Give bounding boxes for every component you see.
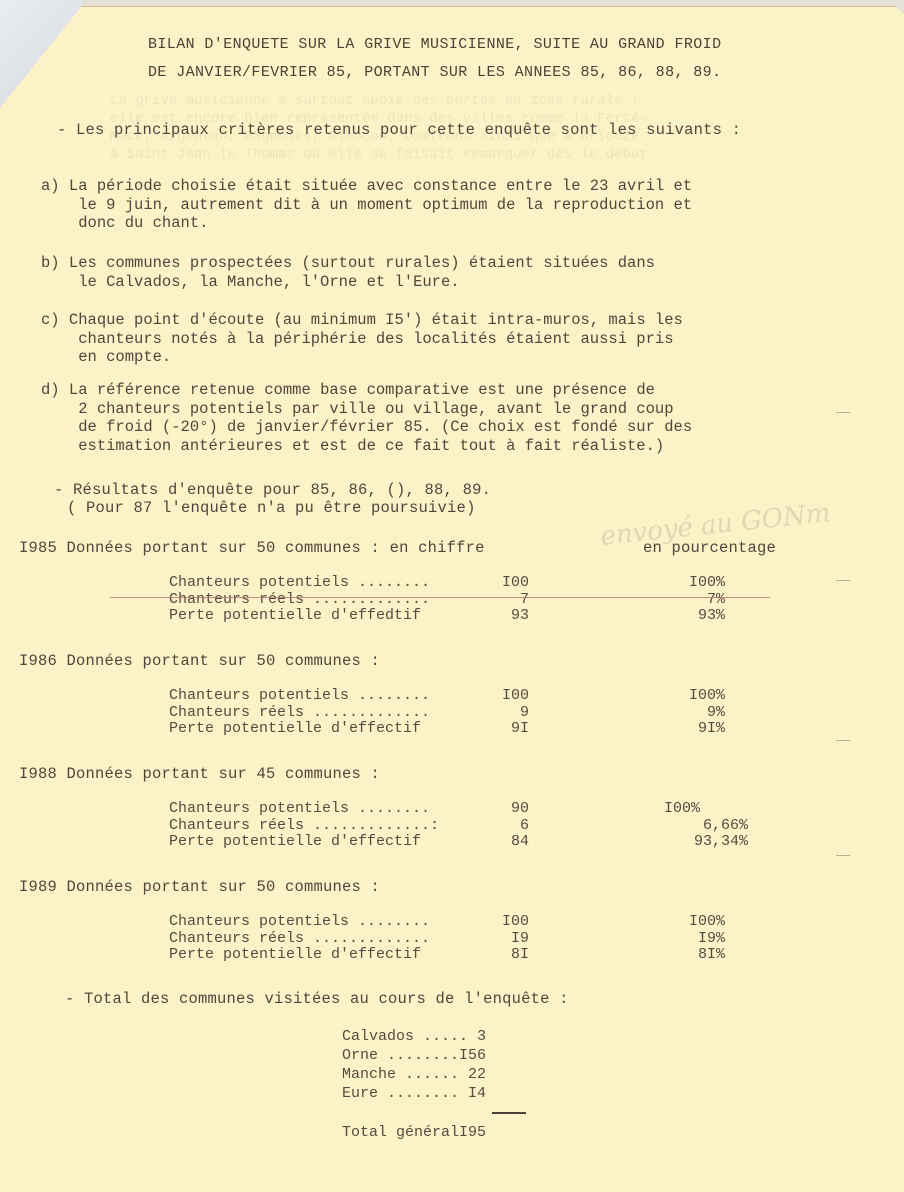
row-value: I9 — [469, 931, 529, 948]
pencil-underline — [110, 597, 770, 598]
row-label: Chanteurs potentiels ........ — [169, 914, 430, 931]
table-row: Chanteurs réels .............I9 — [169, 931, 529, 948]
totals-row: Eure ........ I4 — [342, 1084, 486, 1103]
percent-cell: 6,66% — [640, 818, 748, 835]
results-intro-line-1: - Résultats d'enquête pour 85, 86, (), 8… — [54, 481, 491, 499]
row-value: 84 — [469, 834, 529, 851]
margin-mark — [836, 580, 850, 581]
criterion-text-line: en compte. — [78, 348, 171, 366]
criterion-marker: d) — [41, 381, 60, 399]
row-value: 9I — [469, 721, 529, 738]
grand-total: Total généralI95 — [342, 1123, 486, 1142]
table-row: Chanteurs réels .............9 — [169, 705, 529, 722]
criterion-text-line: estimation antérieures et est de ce fait… — [78, 437, 664, 455]
criterion-marker: c) — [41, 311, 60, 329]
percent-cell: 8I% — [640, 947, 725, 964]
table-row: Perte potentielle d'effectif9I — [169, 721, 529, 738]
row-value: 93 — [469, 608, 529, 625]
grand-total-label: Total général — [342, 1124, 459, 1141]
criterion-text-line: donc du chant. — [78, 214, 208, 232]
percent-cell: I00% — [640, 688, 725, 705]
table-row: Perte potentielle d'effectif8I — [169, 947, 529, 964]
column-header-percentage: en pourcentage — [643, 539, 776, 557]
row-value: 9 — [469, 705, 529, 722]
table-row: Perte potentielle d'effedtif93 — [169, 608, 529, 625]
percent-cell: 93,34% — [640, 834, 748, 851]
department-label: Eure ........ — [342, 1085, 459, 1102]
department-count: 22 — [459, 1066, 486, 1083]
row-label: Perte potentielle d'effectif — [169, 947, 421, 964]
totals-row: Manche ...... 22 — [342, 1065, 486, 1084]
department-label: Manche ...... — [342, 1066, 459, 1083]
document-title-line-2: DE JANVIER/FEVRIER 85, PORTANT SUR LES A… — [148, 64, 722, 82]
table-row: Perte potentielle d'effectif84 — [169, 834, 529, 851]
year-1986-percentages: I00% 9% 9I% — [640, 688, 725, 738]
table-row: Chanteurs réels .............:6 — [169, 818, 529, 835]
criterion-text-line: le Calvados, la Manche, l'Orne et l'Eure… — [78, 273, 459, 291]
margin-mark — [836, 855, 850, 856]
percent-cell: I00% — [640, 575, 725, 592]
row-label: Chanteurs réels ............. — [169, 931, 430, 948]
table-row: Chanteurs réels .............7 — [169, 592, 529, 609]
year-1986-heading: I986 Données portant sur 50 communes : — [19, 652, 380, 670]
criterion-text-line: le 9 juin, autrement dit à un moment opt… — [78, 196, 692, 214]
document-title-line-1: BILAN D'ENQUETE SUR LA GRIVE MUSICIENNE,… — [148, 36, 722, 54]
department-label: Orne ........ — [342, 1047, 459, 1064]
year-1989-percentages: I00% I9% 8I% — [640, 914, 725, 964]
percent-cell: 9I% — [640, 721, 725, 738]
margin-mark — [836, 412, 850, 413]
table-row: Chanteurs potentiels ........I00 — [169, 688, 529, 705]
row-label: Perte potentielle d'effedtif — [169, 608, 421, 625]
criterion-marker: a) — [41, 177, 60, 195]
row-label: Perte potentielle d'effectif — [169, 721, 421, 738]
row-value: 6 — [469, 818, 529, 835]
row-label: Chanteurs réels .............: — [169, 818, 439, 835]
percent-cell: I9% — [640, 931, 725, 948]
grand-total-value: I95 — [459, 1124, 486, 1141]
row-value: I00 — [469, 914, 529, 931]
year-1989-heading: I989 Données portant sur 50 communes : — [19, 878, 380, 896]
criterion-marker: b) — [41, 254, 60, 272]
sum-rule — [492, 1112, 526, 1114]
criterion-b: b) Les communes prospectées (surtout rur… — [41, 254, 655, 291]
percent-cell: 7% — [640, 592, 725, 609]
margin-mark — [836, 740, 850, 741]
criterion-text-line: Chaque point d'écoute (au minimum I5') é… — [69, 311, 683, 329]
row-value: 8I — [469, 947, 529, 964]
year-1988-percentages: I00% 6,66% 93,34% — [640, 801, 748, 851]
table-row: Chanteurs potentiels ........I00 — [169, 914, 529, 931]
department-count: 3 — [468, 1028, 486, 1045]
row-label: Chanteurs potentiels ........ — [169, 688, 430, 705]
year-1985-percentages: I00% 7% 93% — [640, 575, 725, 625]
results-intro-line-2: ( Pour 87 l'enquête n'a pu être poursuiv… — [67, 499, 476, 517]
row-label: Chanteurs réels ............. — [169, 705, 430, 722]
percent-cell: I00% — [640, 801, 748, 818]
year-1988-heading: I988 Données portant sur 45 communes : — [19, 765, 380, 783]
criterion-text-line: La référence retenue comme base comparat… — [69, 381, 655, 399]
percent-cell: 93% — [640, 608, 725, 625]
column-header-figures: en chiffre — [390, 539, 485, 557]
year-1988-table: Chanteurs potentiels ........90 Chanteur… — [169, 801, 529, 851]
year-heading-text: I985 Données portant sur 50 communes : — [19, 539, 380, 557]
totals-intro: - Total des communes visitées au cours d… — [65, 990, 569, 1008]
percent-cell: I00% — [640, 914, 725, 931]
table-row: Chanteurs potentiels ........I00 — [169, 575, 529, 592]
department-count: I56 — [459, 1047, 486, 1064]
totals-row: Calvados ..... 3 — [342, 1027, 486, 1046]
criterion-d: d) La référence retenue comme base compa… — [41, 381, 692, 455]
year-1985-table: Chanteurs potentiels ........I00 Chanteu… — [169, 575, 529, 625]
criterion-text-line: Les communes prospectées (surtout rurale… — [69, 254, 655, 272]
year-1985-heading: I985 Données portant sur 50 communes : e… — [19, 539, 485, 557]
row-label: Perte potentielle d'effectif — [169, 834, 421, 851]
row-label: Chanteurs potentiels ........ — [169, 575, 430, 592]
criterion-text-line: 2 chanteurs potentiels par ville ou vill… — [78, 400, 673, 418]
year-1989-table: Chanteurs potentiels ........I00 Chanteu… — [169, 914, 529, 964]
criterion-c: c) Chaque point d'écoute (au minimum I5'… — [41, 311, 683, 367]
row-label: Chanteurs potentiels ........ — [169, 801, 430, 818]
row-value: 90 — [469, 801, 529, 818]
criterion-text-line: La période choisie était située avec con… — [69, 177, 692, 195]
totals-row: Orne ........I56 — [342, 1046, 486, 1065]
row-value: I00 — [469, 688, 529, 705]
year-1986-table: Chanteurs potentiels ........I00 Chanteu… — [169, 688, 529, 738]
row-label: Chanteurs réels ............. — [169, 592, 430, 609]
row-value: I00 — [469, 575, 529, 592]
percent-cell: 9% — [640, 705, 725, 722]
criterion-a: a) La période choisie était située avec … — [41, 177, 692, 233]
criterion-text-line: chanteurs notés à la périphérie des loca… — [78, 330, 673, 348]
totals-list: Calvados ..... 3 Orne ........I56 Manche… — [342, 1027, 486, 1103]
criterion-text-line: de froid (-20°) de janvier/février 85. (… — [78, 418, 692, 436]
table-row: Chanteurs potentiels ........90 — [169, 801, 529, 818]
department-count: I4 — [459, 1085, 486, 1102]
typewritten-page: La grive musicienne a surtout subie des … — [0, 0, 904, 1192]
criteria-intro: - Les principaux critères retenus pour c… — [57, 121, 741, 139]
department-label: Calvados ..... — [342, 1028, 468, 1045]
row-value: 7 — [469, 592, 529, 609]
